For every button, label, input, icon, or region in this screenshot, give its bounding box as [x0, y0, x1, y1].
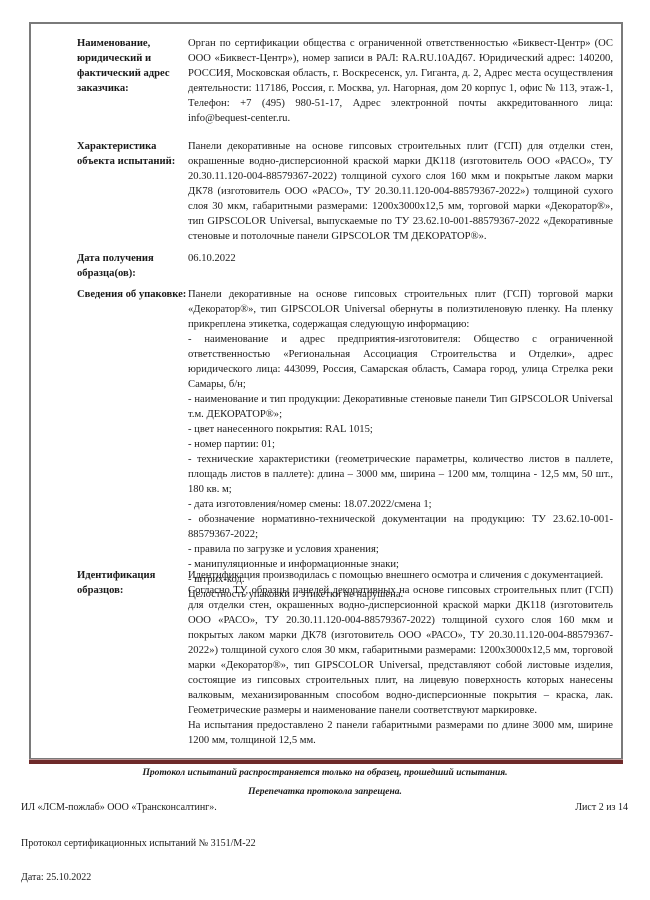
paragraph: Согласно ТУ, образцы панелей декоративны… — [188, 583, 613, 718]
divider-line — [29, 759, 623, 764]
paragraph: Панели декоративные на основе гипсовых с… — [188, 139, 613, 244]
section-value: Идентификация производилась с помощью вн… — [188, 568, 613, 748]
section-label: Идентификация образцов: — [77, 568, 187, 598]
section-label: Характеристика объекта испытаний: — [77, 139, 187, 169]
paragraph: - дата изготовления/номер смены: 18.07.2… — [188, 497, 613, 512]
section-value: Панели декоративные на основе гипсовых с… — [188, 139, 613, 244]
reprint-note: Перепечатка протокола запрещена. — [0, 787, 650, 797]
paragraph: - наименование и тип продукции: Декорати… — [188, 392, 613, 422]
paragraph: Орган по сертификации общества с огранич… — [188, 36, 613, 126]
section-value: Панели декоративные на основе гипсовых с… — [188, 287, 613, 602]
paragraph: - наименование и адрес предприятия-изгот… — [188, 332, 613, 392]
paragraph: 06.10.2022 — [188, 251, 613, 266]
section-label: Наименование, юридический и фактический … — [77, 36, 187, 96]
page-number: Лист 2 из 14 — [575, 802, 628, 813]
validity-note: Протокол испытаний распространяется толь… — [0, 768, 650, 778]
section-value: 06.10.2022 — [188, 251, 613, 266]
paragraph: - номер партии: 01; — [188, 437, 613, 452]
paragraph: - правила по загрузке и условия хранения… — [188, 542, 613, 557]
paragraph: На испытания предоставлено 2 панели габа… — [188, 718, 613, 748]
paragraph: - обозначение нормативно-технической док… — [188, 512, 613, 542]
section-value: Орган по сертификации общества с огранич… — [188, 36, 613, 126]
paragraph: - технические характеристики (геометриче… — [188, 452, 613, 497]
protocol-date: Дата: 25.10.2022 — [21, 872, 91, 883]
lab-name: ИЛ «ЛСМ-пожлаб» ООО «Трансконсалтинг». — [21, 802, 217, 813]
section-label: Дата получения образца(ов): — [77, 251, 187, 281]
paragraph: Панели декоративные на основе гипсовых с… — [188, 287, 613, 332]
paragraph: - цвет нанесенного покрытия: RAL 1015; — [188, 422, 613, 437]
protocol-number: Протокол сертификационных испытаний № 31… — [21, 838, 256, 849]
section-label: Сведения об упаковке: — [77, 287, 187, 302]
paragraph: Идентификация производилась с помощью вн… — [188, 568, 613, 583]
